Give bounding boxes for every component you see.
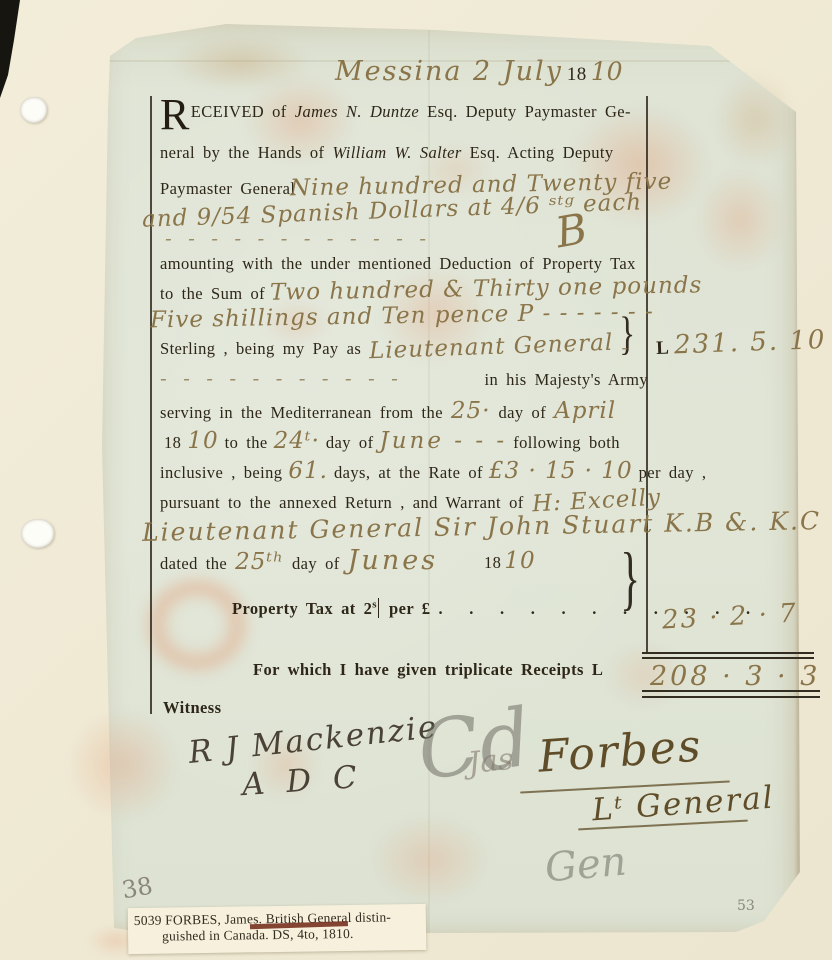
line8-dash: - <box>621 335 633 359</box>
receipt-line-10: serving in the Mediterranean from the 25… <box>160 398 616 424</box>
end-day: 24ᵗ· <box>274 428 320 454</box>
total-rule-bottom-2 <box>642 696 820 698</box>
witness-label: Witness <box>163 698 221 718</box>
line10-printed-b: day of <box>499 403 547 423</box>
num-days: 61. <box>288 458 328 484</box>
dateline: Messina 2 July 18 10 <box>335 56 623 87</box>
scanned-document-page: } } Messina 2 July 18 10 RECEIVED of Jam… <box>0 0 832 960</box>
punch-hole-bottom <box>21 519 54 548</box>
line12-printed-c: per day , <box>639 463 707 483</box>
receipt-line-2: neral by the Hands of William W. Salter … <box>160 143 614 163</box>
start-day: 25· <box>451 398 491 424</box>
scanner-black-corner <box>0 0 20 100</box>
line1-printed-b: Esq. Deputy Paymaster Ge- <box>427 102 631 121</box>
pencil-cd-mark: Cd <box>412 691 536 799</box>
signer-first-name: Jas <box>466 742 515 782</box>
amount-pay: L 231. 5. 10 <box>656 325 827 361</box>
tax-printed-b: per £ <box>389 599 430 618</box>
line11-hw-year: 10 <box>187 428 218 454</box>
tax-fraction-bar <box>378 598 379 618</box>
line15-printed-a: dated the <box>160 554 227 574</box>
drop-cap-r: R <box>160 100 190 130</box>
receipt-line-1: RECEIVED of James N. Duntze Esq. Deputy … <box>160 100 631 130</box>
line10-printed-a: serving in the Mediterranean from the <box>160 403 443 423</box>
catalog-label: 5039 FORBES, James. British General dist… <box>128 904 427 954</box>
payer-name: James N. Duntze <box>295 102 419 121</box>
tax-sup-s: s <box>372 599 377 611</box>
dateline-place-date: Messina 2 July <box>335 56 563 87</box>
warrant-year: 18 10 <box>484 548 536 574</box>
total-rule-top-1 <box>642 652 814 654</box>
line15-printed-b: day of <box>292 554 340 574</box>
line11-printed-c: following both <box>513 433 620 453</box>
receipt-line-6-printed: to the Sum of <box>160 284 265 304</box>
receipt-line-9: - - - - - - - - - - - in his Majesty's A… <box>160 366 648 390</box>
warrant-month: Junes <box>348 545 438 576</box>
line8-printed: Sterling , being my Pay as <box>160 339 361 359</box>
line12-printed-a: inclusive , being <box>160 463 282 483</box>
agent-name: William W. Salter <box>332 143 461 162</box>
daily-rate: £3 · 15 · 10 <box>489 458 633 484</box>
receipt-line-11: 18 10 to the 24ᵗ· day of June - - - foll… <box>164 428 620 454</box>
tax-printed-a: Property Tax at 2 <box>232 599 372 618</box>
dateline-hw-year: 10 <box>591 57 623 86</box>
line2-printed-b: Esq. Acting Deputy <box>470 143 614 162</box>
receipt-line-5: amounting with the under mentioned Deduc… <box>160 254 636 274</box>
line13-printed: pursuant to the annexed Return , and War… <box>160 493 524 513</box>
line1-printed-a: ECEIVED of <box>191 102 287 121</box>
line2-printed-a: neral by the Hands of <box>160 143 324 162</box>
line9-printed: in his Majesty's Army <box>484 370 648 390</box>
receipt-line-12: inclusive , being 61. days, at the Rate … <box>160 458 706 484</box>
pencil-gen-mark: Gen <box>543 839 628 892</box>
warrant-year-printed: 18 <box>484 553 501 573</box>
pencil-number-right: 53 <box>737 898 755 914</box>
warrant-year-hw: 10 <box>504 548 535 574</box>
form-left-rule <box>150 96 152 714</box>
dateline-printed-year: 18 <box>567 64 587 86</box>
receipt-line-15: dated the 25ᵗʰ day of Junes <box>160 545 438 576</box>
filler-dashes-2: - - - - - - - - - - - <box>160 366 476 390</box>
filler-dashes-1: - - - - - - - - - - - - <box>165 226 431 250</box>
line12-printed-b: days, at the Rate of <box>334 463 483 483</box>
start-month: April <box>554 398 616 424</box>
line11-printed-year: 18 <box>164 433 181 453</box>
line11-printed-b: day of <box>326 433 374 453</box>
amount-pay-value: 231. 5. 10 <box>674 325 827 360</box>
total-rule-top-2 <box>642 657 814 659</box>
warrant-day: 25ᵗʰ <box>235 549 284 575</box>
punch-hole-top <box>20 97 47 123</box>
pencil-number-left: 38 <box>120 872 155 905</box>
receipt-line-8: Sterling , being my Pay as Lieutenant Ge… <box>160 334 633 360</box>
end-month: June - - - <box>379 428 507 454</box>
receipts-line: For which I have given triplicate Receip… <box>253 660 603 680</box>
rank-in-words: Lieutenant General <box>369 330 614 365</box>
receipt-line-3-printed: Paymaster General <box>160 179 295 199</box>
pound-symbol: L <box>656 338 670 360</box>
line11-printed-a: to the <box>225 433 268 453</box>
amount-net-value: 208 · 3 · 3 <box>650 661 820 692</box>
